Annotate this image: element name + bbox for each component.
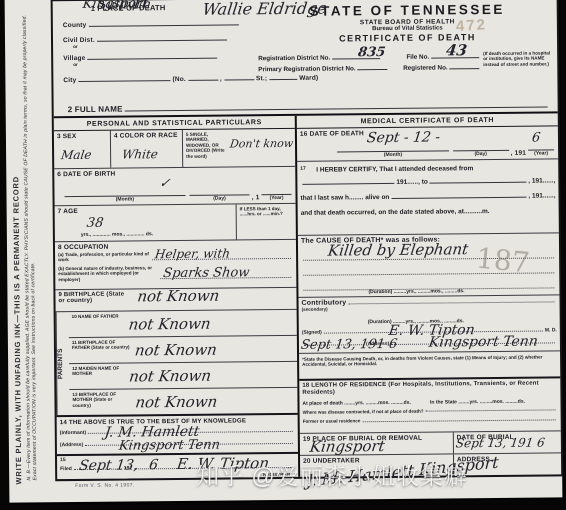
field-marital-status: 5 SINGLE, MARRIED, WIDOWED, OR DIVORCED … bbox=[183, 129, 295, 167]
dod-year-digit: 6 bbox=[531, 131, 541, 146]
form-number-note: Form V. S. No. 4 1907. bbox=[75, 482, 135, 489]
city-label: City bbox=[63, 77, 76, 84]
occupation-a-label: (a) Trade, profession, or particular kin… bbox=[58, 251, 150, 263]
field-birthplace: 9 BIRTHPLACE (State or country) not Know… bbox=[55, 288, 296, 312]
birthplace-value: not Known bbox=[136, 287, 220, 306]
burial-place-value: Kingsport bbox=[309, 437, 386, 456]
certify-line-3a: that I last saw h........ alive on bbox=[301, 194, 390, 202]
occupation-b-value: Sparks Show bbox=[162, 265, 250, 281]
dob-year-prefix: , 1 bbox=[252, 194, 260, 201]
certify-line-2a: 191......, to bbox=[396, 179, 428, 186]
mother-birthplace-label: 13 BIRTHPLACE OF MOTHER (State or countr… bbox=[72, 391, 130, 408]
father-name-value: not Known bbox=[128, 315, 212, 334]
registered-no-rule bbox=[450, 67, 480, 69]
margin-permanent-record-note: WRITE PLAINLY, WITH UNFADING INK—THIS IS… bbox=[10, 11, 24, 491]
medical-column: MEDICAL CERTIFICATE OF DEATH 16 DATE OF … bbox=[297, 113, 561, 476]
age-label: 7 AGE bbox=[58, 206, 233, 215]
cause-footnote: *State the Disease Causing Death, or, in… bbox=[299, 351, 560, 381]
sex-value: Male bbox=[60, 148, 92, 162]
primary-reg-rule bbox=[358, 68, 388, 70]
former-residence-line bbox=[362, 418, 555, 422]
age-main-cell: 7 AGE 38 yrs., ............. mos., .....… bbox=[55, 204, 236, 241]
certify-line-3b: , 191......, bbox=[528, 192, 555, 199]
margin-notes: WRITE PLAINLY, WITH UNFADING INK—THIS IS… bbox=[10, 10, 39, 490]
pencil-number: 187 bbox=[474, 241, 530, 279]
parents-block: PARENTS 10 NAME OF FATHER not Known 11 B… bbox=[56, 310, 298, 417]
signed-date-value: Sept 13, 191 6 bbox=[300, 337, 398, 353]
certify-number: 17 bbox=[300, 166, 306, 172]
age-less-than-day-note: If LESS than 1 day, ......hrs. or ......… bbox=[236, 204, 296, 240]
margin-nb-note: N. B.—Every item of information should b… bbox=[22, 10, 39, 480]
occupation-a-value: Helper, with bbox=[154, 247, 231, 262]
where-contracted-line bbox=[426, 409, 556, 412]
burial-row: 19 PLACE OF BURIAL OR REMOVAL Kingsport … bbox=[300, 431, 561, 456]
field-length-of-residence: 18 LENGTH OF RESIDENCE (For Hospitals, I… bbox=[299, 378, 560, 434]
dod-value: Sept - 12 - bbox=[366, 129, 441, 146]
registration-zone: Registration District No. 835 File No. P… bbox=[258, 49, 481, 73]
dob-label: 6 DATE OF BIRTH bbox=[57, 169, 292, 178]
race-label: 4 COLOR OR RACE bbox=[114, 132, 179, 140]
former-residence-label: Former or usual residence bbox=[303, 419, 361, 425]
full-name-label: 2 FULL NAME bbox=[68, 105, 123, 115]
city-rule bbox=[78, 79, 170, 82]
age-units: yrs., ............. mos., ............. … bbox=[81, 231, 153, 238]
field-date-of-birth: 6 DATE OF BIRTH ✓ (Month) (Day) , 1 (Yea… bbox=[54, 167, 295, 206]
father-birthplace-label: 11 BIRTHPLACE OF FATHER (State or countr… bbox=[72, 339, 130, 350]
where-contracted-label: Where was disease contracted, if not at … bbox=[303, 409, 424, 416]
field-age: 7 AGE 38 yrs., ............. mos., .....… bbox=[55, 204, 296, 242]
field-occupation: 8 OCCUPATION (a) Trade, profession, or p… bbox=[55, 240, 296, 290]
marital-value: Don't know bbox=[229, 137, 294, 151]
birthplace-label: 9 BIRTHPLACE (State or country) bbox=[58, 291, 128, 304]
informant-address-label: (Address) bbox=[60, 442, 83, 448]
certificate-columns: PERSONAL AND STATISTICAL PARTICULARS 3 S… bbox=[54, 113, 561, 479]
full-name-rule bbox=[125, 105, 548, 111]
cause-duration-label: (Duration) .........yrs., .........mos.,… bbox=[368, 288, 464, 295]
dod-month-helper: (Month) bbox=[337, 150, 449, 158]
city-no-rule bbox=[188, 79, 218, 81]
residence-in-state: In the State ........yrs. .........mos. … bbox=[430, 398, 558, 405]
residence-at-place: At place of death ........yrs. .........… bbox=[302, 400, 430, 407]
certify-line-2b: , 191......, bbox=[528, 177, 555, 184]
scanned-death-certificate: WRITE PLAINLY, WITH UNFADING INK—THIS IS… bbox=[0, 0, 566, 510]
age-value: 38 bbox=[86, 216, 105, 231]
informant-address-value: Kingsport Tenn bbox=[118, 438, 221, 454]
city-value: Kingsport bbox=[82, 0, 149, 12]
burial-date-value: Sept 13, 191 6 bbox=[455, 435, 546, 450]
filed-label: Filed bbox=[60, 466, 72, 472]
field-mother-birthplace: 13 BIRTHPLACE OF MOTHER (State or countr… bbox=[69, 388, 297, 415]
file-stamp-number: 472 bbox=[455, 16, 487, 35]
hospital-instruction-note: (If death occurred in a hospital or inst… bbox=[483, 50, 555, 67]
field-informant: 14 THE ABOVE IS TRUE TO THE BEST OF MY K… bbox=[57, 415, 298, 456]
certify-line-1: I HEREBY CERTIFY, That I attended deceas… bbox=[316, 164, 555, 173]
field-contributory: Contributory (secondary) bbox=[298, 295, 559, 318]
watermark-text: 知乎 @爱丽森小姐收集癖 bbox=[196, 458, 468, 491]
filed-number: 15 bbox=[60, 457, 66, 463]
full-name-value: Wallie Eldridge bbox=[201, 0, 328, 19]
certificate-paper: WRITE PLAINLY, WITH UNFADING INK—THIS IS… bbox=[5, 0, 563, 503]
certificate-form: 1 PLACE OF DEATH County Sullivan Civil D… bbox=[51, 0, 564, 481]
village-rule bbox=[87, 57, 217, 60]
field-mother-maiden-name: 12 MAIDEN NAME OF MOTHER not Known bbox=[69, 362, 297, 390]
county-label: County bbox=[63, 22, 87, 29]
cause-value: Killed by Elephant bbox=[327, 240, 470, 259]
sex-race-marital-row: 3 SEX Male 4 COLOR OR RACE White 5 SINGL… bbox=[54, 129, 295, 169]
dob-month-helper: (Month) bbox=[65, 195, 186, 203]
field-date-of-death: 16 DATE OF DEATH Sept - 12 - 6 (Month) (… bbox=[297, 126, 558, 162]
dob-day-helper: (Day) bbox=[189, 194, 249, 202]
field-father-birthplace: 11 BIRTHPLACE OF FATHER (State or countr… bbox=[69, 336, 297, 364]
field-signed: (Duration) .........yrs., .........mos.,… bbox=[299, 315, 560, 354]
dod-year-prefix: , 191 bbox=[511, 150, 527, 157]
parents-side-label: PARENTS bbox=[56, 312, 70, 415]
certify-line-4: and that death occurred, on the date sta… bbox=[301, 207, 556, 216]
filed-date-value: Sept 13, bbox=[78, 457, 139, 474]
father-name-label: 10 NAME OF FATHER bbox=[72, 314, 122, 320]
informant-label: (Informant) bbox=[60, 430, 86, 436]
primary-reg-label: Primary Registration District No. bbox=[258, 65, 355, 73]
mother-birthplace-value: not Known bbox=[134, 393, 218, 412]
dod-year-helper: (Year) bbox=[528, 149, 554, 156]
dob-year-helper: (Year) bbox=[261, 194, 291, 201]
field-sex: 3 SEX Male bbox=[54, 131, 111, 169]
personal-column: PERSONAL AND STATISTICAL PARTICULARS 3 S… bbox=[54, 116, 300, 479]
city-st-rule bbox=[224, 78, 254, 80]
field-date-of-burial: DATE OF BURIAL Sept 13, 191 6 bbox=[454, 431, 561, 453]
file-no-label: File No. bbox=[406, 54, 429, 61]
primary-registration-line: Primary Registration District No. Regist… bbox=[258, 64, 481, 73]
registered-no-label: Registered No. bbox=[403, 64, 448, 71]
field-place-of-burial: 19 PLACE OF BURIAL OR REMOVAL Kingsport bbox=[300, 432, 454, 454]
race-value: White bbox=[121, 147, 159, 161]
occupation-b-label: (b) General nature of industry, business… bbox=[58, 265, 158, 282]
county-rule bbox=[88, 23, 238, 26]
mother-name-value: not Known bbox=[128, 367, 212, 386]
reg-district-label: Registration District No. bbox=[258, 55, 330, 63]
civil-district-rule bbox=[97, 39, 227, 42]
field-certify: 17 I HEREBY CERTIFY, That I attended dec… bbox=[297, 159, 559, 236]
mother-name-label: 12 MAIDEN NAME OF MOTHER bbox=[72, 366, 122, 377]
signed-address-value: Kingsport Tenn bbox=[428, 334, 539, 351]
dod-day-helper: (Day) bbox=[453, 150, 509, 158]
residence-label: 18 LENGTH OF RESIDENCE (For Hospitals, I… bbox=[302, 380, 557, 396]
field-father-name: 10 NAME OF FATHER not Known bbox=[69, 310, 297, 338]
certificate-title: CERTIFICATE OF DEATH bbox=[258, 31, 557, 44]
registered-no-value: 43 bbox=[445, 41, 468, 59]
dob-mark: ✓ bbox=[158, 176, 171, 191]
reg-district-value: 835 bbox=[357, 45, 386, 60]
field-color-race: 4 COLOR OR RACE White bbox=[111, 130, 183, 168]
marital-label: 5 SINGLE, MARRIED, WIDOWED, OR DIVORCED … bbox=[186, 132, 230, 159]
field-cause-of-death: The CAUSE OF DEATH* was as follows: Kill… bbox=[298, 233, 560, 298]
signed-md-label: M. D. bbox=[545, 327, 557, 333]
father-birthplace-value: not Known bbox=[134, 341, 218, 360]
civil-district-label: Civil Dist. bbox=[63, 37, 95, 44]
signed-label: (Signed) bbox=[302, 330, 322, 336]
city-no-label: (No. bbox=[172, 76, 186, 83]
sex-label: 3 SEX bbox=[57, 133, 107, 140]
